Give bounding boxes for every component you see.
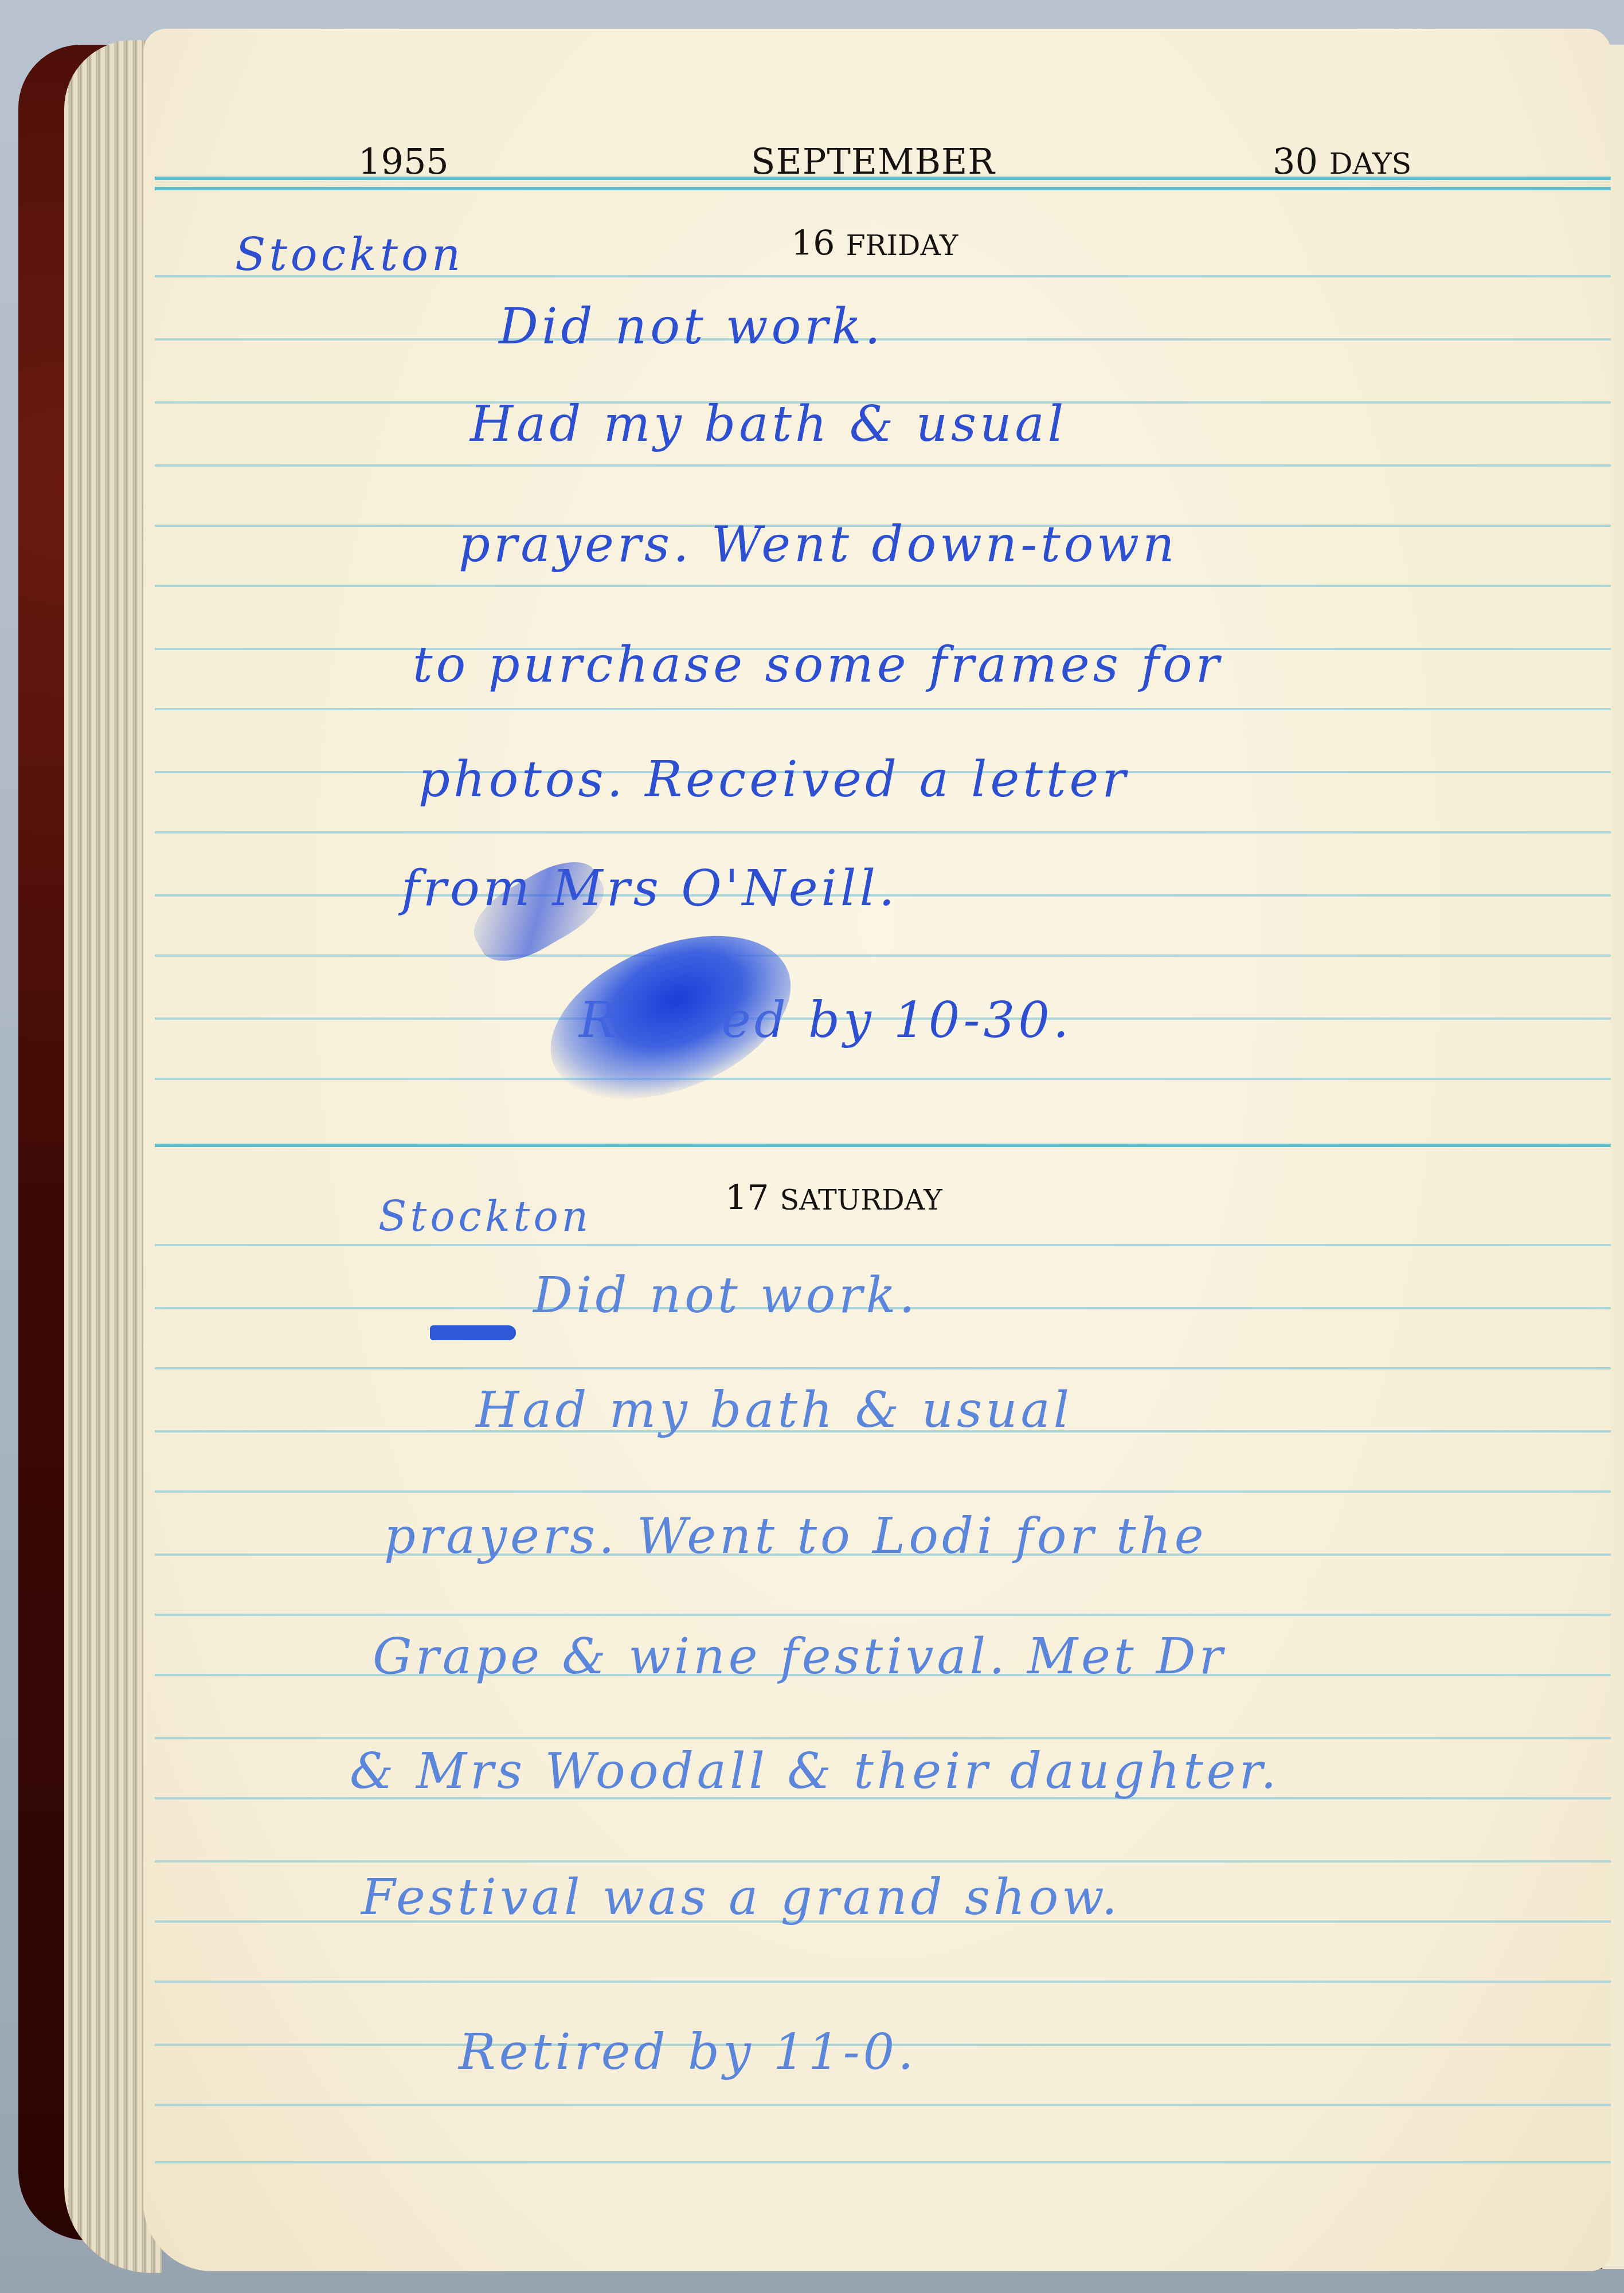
ruled-line <box>155 1981 1611 1983</box>
entry-line: prayers. Went to Lodi for the <box>384 1508 1207 1565</box>
entry-line: to purchase some frames for <box>413 636 1223 694</box>
ruled-line <box>155 1860 1611 1862</box>
day-heading-16: 16 FRIDAY <box>791 224 958 264</box>
ruled-line <box>155 1614 1611 1616</box>
ruled-line <box>155 708 1611 710</box>
day-heading-17: 17 SATURDAY <box>725 1178 942 1218</box>
entry-line: Did not work. <box>533 1267 918 1324</box>
diary-page: 1955 SEPTEMBER 30 DAYS 16 FRIDAY Stockto… <box>143 29 1611 2271</box>
entry-line: Grape & wine festival. Met Dr <box>373 1628 1226 1685</box>
entry-line: Had my bath & usual <box>476 1382 1073 1439</box>
ruled-line <box>155 2104 1611 2106</box>
ink-dash-mark <box>430 1325 516 1340</box>
header-year: 1955 <box>358 140 449 182</box>
ruled-line <box>155 585 1611 587</box>
ruled-line <box>155 464 1611 467</box>
entry-line: & Mrs Woodall & their daughter. <box>350 1743 1280 1800</box>
entry-line: from Mrs O'Neill. <box>401 860 898 917</box>
entry-line: Retired by 11-0. <box>459 2024 917 2081</box>
page-header: 1955 SEPTEMBER 30 DAYS <box>143 140 1611 192</box>
ruled-line <box>155 1367 1611 1369</box>
entry-line: Festival was a grand show. <box>361 1869 1121 1926</box>
ink-blot <box>527 904 815 1132</box>
ruled-line <box>155 1078 1611 1080</box>
ruled-line <box>155 2161 1611 2163</box>
entry-location: Stockton <box>378 1192 592 1241</box>
entry-line: photos. Received a letter <box>418 751 1129 808</box>
header-days-count: 30 DAYS <box>1273 140 1411 182</box>
ruled-line <box>155 1737 1611 1739</box>
entry-line: prayers. Went down-town <box>459 516 1178 573</box>
ruled-line <box>155 831 1611 834</box>
entry-line: Had my bath & usual <box>470 396 1067 453</box>
ruled-line <box>155 1244 1611 1246</box>
header-month: SEPTEMBER <box>751 140 995 182</box>
entry-line: Did not work. <box>499 298 884 355</box>
ruled-line <box>155 954 1611 957</box>
day-divider-rule <box>155 1144 1611 1147</box>
ruled-line <box>155 1490 1611 1493</box>
entry-location: Stockton <box>235 229 464 281</box>
